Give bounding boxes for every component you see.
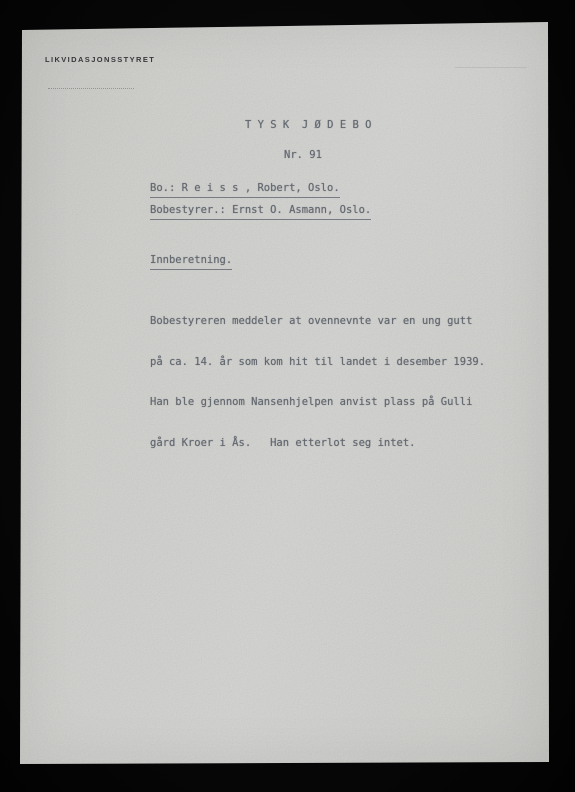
liquidation-board-stamp: LIKVIDASJONSSTYRET: [45, 55, 155, 64]
report-line: Han ble gjennom Nansenhjelpen anvist pla…: [150, 396, 485, 410]
report-heading: Innberetning.: [150, 254, 232, 270]
report-line: på ca. 14. år som kom hit til landet i d…: [150, 356, 485, 370]
scratch-mark: [455, 67, 527, 68]
administrator-line: Bobestyrer.: Ernst O. Asmann, Oslo.: [150, 204, 371, 220]
photo-background: LIKVIDASJONSSTYRET T Y S K J Ø D E B O N…: [0, 0, 575, 792]
estate-line: Bo.: R e i s s , Robert, Oslo.: [150, 182, 340, 198]
report-line: gård Kroer i Ås. Han etterlot seg intet.: [150, 437, 485, 451]
report-line: Bobestyreren meddeler at ovennevnte var …: [150, 315, 485, 329]
case-number: Nr. 91: [284, 149, 322, 163]
document-title: T Y S K J Ø D E B O: [245, 119, 371, 133]
dotted-line: [48, 88, 134, 89]
report-body: Bobestyreren meddeler at ovennevnte var …: [150, 288, 485, 477]
document-page: LIKVIDASJONSSTYRET T Y S K J Ø D E B O N…: [20, 22, 549, 764]
